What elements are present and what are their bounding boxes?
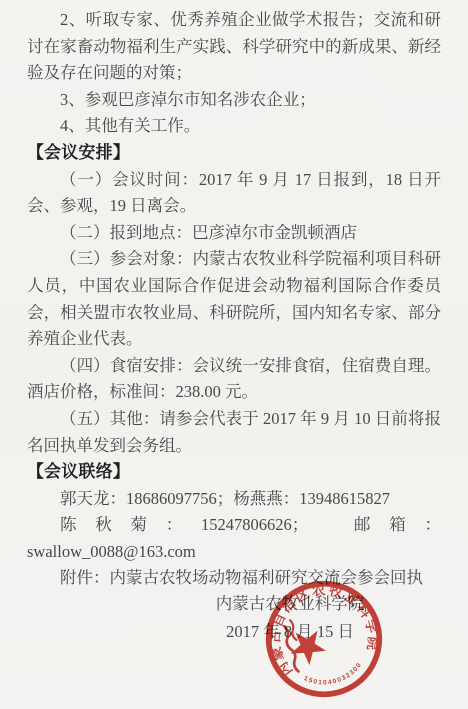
official-seal-stamp: 内蒙古自治区农牧业科学院 1501040032300 <box>262 577 386 701</box>
seal-ring-text: 内蒙古自治区农牧业科学院 <box>262 577 386 681</box>
paragraph-agenda-item-4: 4、其他有关工作。 <box>27 113 441 140</box>
seal-registration-number: 1501040032300 <box>301 660 366 693</box>
paragraph-meeting-time: （一）会议时间：2017 年 9 月 17 日报到，18 日开会、参观，19 日… <box>27 167 441 220</box>
paragraph-other: （五）其他：请参会代表于 2017 年 9 月 10 日前将报名回执单发到会务组… <box>27 406 441 459</box>
paragraph-participants: （三）参会对象：内蒙古农牧业科学院福利项目科研人员，中国农业国际合作促进会动物福… <box>27 246 441 352</box>
paragraph-agenda-item-2: 2、听取专家、优秀养殖企业做学术报告；交流和研讨在家畜动物福利生产实践、科学研究… <box>27 7 441 87</box>
svg-text:1501040032300: 1501040032300 <box>301 660 366 693</box>
paragraph-registration-location: （二）报到地点：巴彦淖尔市金凯顿酒店 <box>27 220 441 247</box>
section-heading-meeting-contact: 【会议联络】 <box>27 459 441 486</box>
contact-line-chen-email: 陈秋菊：15247806626； 邮箱：swallow_0088@163.com <box>27 512 441 565</box>
seal-star-icon <box>284 625 328 670</box>
seal-mongolian-script <box>289 620 297 641</box>
document-page: 2、听取专家、优秀养殖企业做学术报告；交流和研讨在家畜动物福利生产实践、科学研究… <box>0 0 468 709</box>
contact-line-guo-yang: 郭天龙：18686097756；杨燕燕：13948615827 <box>27 486 441 513</box>
paragraph-agenda-item-3: 3、参观巴彦淖尔市知名涉农企业； <box>27 87 441 114</box>
section-heading-meeting-arrangement: 【会议安排】 <box>27 140 441 167</box>
paragraph-accommodation: （四）食宿安排：会议统一安排食宿，住宿费自理。酒店价格，标准间：238.00 元… <box>27 353 441 406</box>
document-text: 2、听取专家、优秀养殖企业做学术报告；交流和研讨在家畜动物福利生产实践、科学研究… <box>27 7 441 592</box>
svg-text:内蒙古自治区农牧业科学院: 内蒙古自治区农牧业科学院 <box>262 577 386 681</box>
